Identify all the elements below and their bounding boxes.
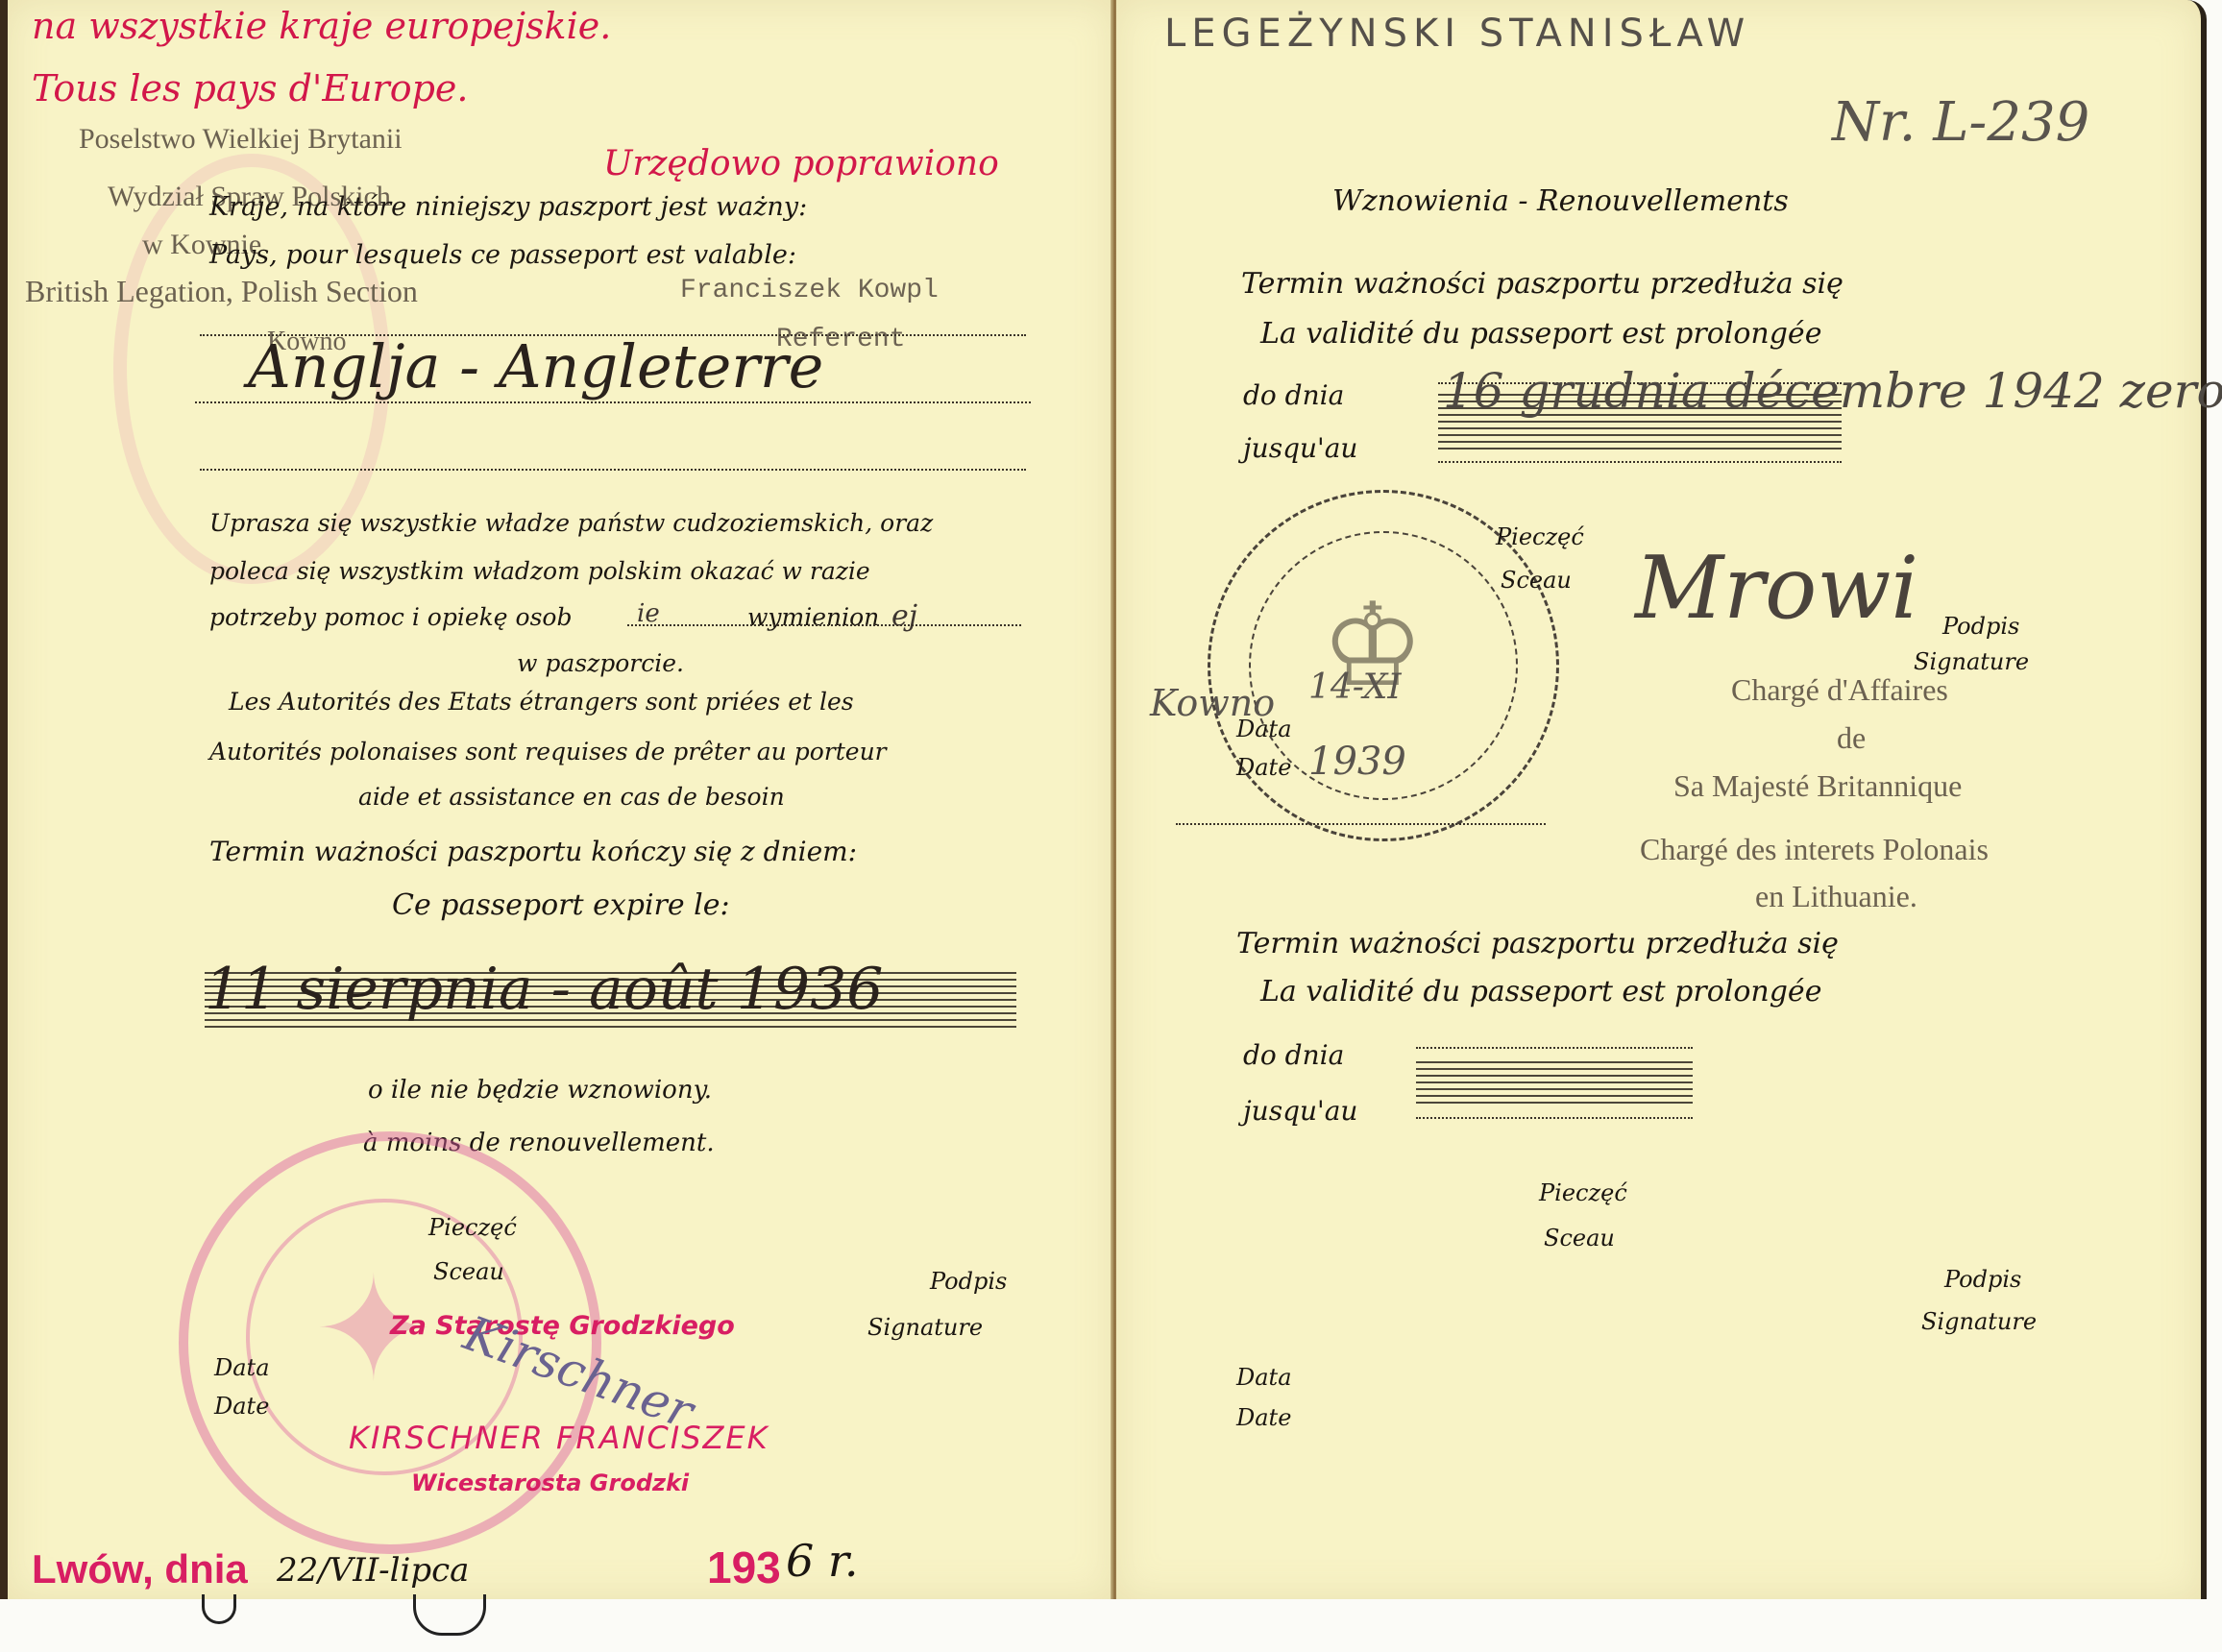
renewals-title: Wznowienia - Renouvellements xyxy=(1332,184,1789,218)
countries-line-mid xyxy=(195,401,1031,403)
countries-value: Anglja - Angleterre xyxy=(248,331,823,401)
place-date-year-suffix: 6 r. xyxy=(786,1535,858,1587)
renewal1-signature-pl: Podpis xyxy=(1942,613,2019,640)
renewal1-date-line xyxy=(1176,823,1546,825)
renewal1-label-fr: La validité du passeport est prolongée xyxy=(1260,317,1821,351)
request-pl-line2: poleca się wszystkim władzom polskim oka… xyxy=(209,557,870,585)
request-pl-line3b: wymienion xyxy=(747,603,879,631)
unless-renewed-pl: o ile nie będzie wznowiony. xyxy=(368,1076,712,1105)
renewal1-until-fr: jusqu'au xyxy=(1243,432,1357,464)
renewal2-signature-pl: Podpis xyxy=(1944,1266,2021,1293)
expiry-label-fr: Ce passeport expire le: xyxy=(392,888,730,922)
request-fr-line2: Autorités polonaises sont requises de pr… xyxy=(209,738,887,765)
binding-thread xyxy=(202,1594,236,1624)
renewal1-until-pl: do dnia xyxy=(1243,379,1344,411)
date-label-fr: Date xyxy=(214,1393,269,1420)
countries-line-bottom xyxy=(200,469,1026,471)
handwritten-correction-note: Urzędowo poprawiono xyxy=(603,144,999,183)
signature-label-fr: Signature xyxy=(867,1314,983,1341)
handwritten-note-fr: Tous les pays d'Europe. xyxy=(32,67,469,109)
legation-stamp-line1: Poselstwo Wielkiej Brytanii xyxy=(79,123,403,156)
handwritten-note-pl: na wszystkie kraje europejskie. xyxy=(32,5,611,47)
request-pl-line3: potrzeby pomoc i opiekę osob xyxy=(209,603,572,631)
official-stamp-line4: Chargé des interets Polonais xyxy=(1640,832,1989,867)
seal-label-pl: Pieczęć xyxy=(428,1214,517,1241)
renewal2-label-pl: Termin ważności paszportu przedłuża się xyxy=(1236,927,1839,960)
countries-label-pl: Kraje, na które niniejszy paszport jest … xyxy=(209,192,807,222)
renewal1-date-fr: Date xyxy=(1236,754,1291,781)
renewal2-date-pl: Data xyxy=(1236,1364,1292,1391)
countries-label-fr: Pays, pour lesquels ce passeport est val… xyxy=(209,240,796,270)
date-label-pl: Data xyxy=(214,1354,270,1381)
request-pl-line1: Upraszа się wszystkie władze państw cudz… xyxy=(209,509,933,537)
renewal1-value: 16 grudnia décembre 1942 zero xyxy=(1443,363,2222,419)
renewal2-field-hatching xyxy=(1416,1061,1693,1105)
official-stamp-line3: Sa Majesté Britannique xyxy=(1673,768,1962,804)
renewal2-line-top xyxy=(1416,1047,1693,1049)
renewal2-until-fr: jusqu'au xyxy=(1243,1095,1357,1127)
issuer-stamp-line3: Wicestarosta Grodzki xyxy=(411,1470,689,1496)
renewal1-date-pl: Data xyxy=(1236,716,1292,742)
request-fill-line xyxy=(627,624,1021,626)
renewal2-line-bottom xyxy=(1416,1117,1693,1119)
renewal1-official-signature: Mrowi xyxy=(1635,538,1918,639)
passport-number: Nr. L-239 xyxy=(1832,91,2089,154)
passport-page-right: LEGEŻYNSKI STANISŁAW Nr. L-239 Wznowieni… xyxy=(1116,0,2207,1599)
renewal2-label-fr: La validité du passeport est prolongée xyxy=(1260,975,1821,1008)
renewal1-seal-fr: Sceau xyxy=(1501,567,1572,594)
renewal2-seal-pl: Pieczęć xyxy=(1539,1179,1627,1206)
seal-label-fr: Sceau xyxy=(433,1258,504,1285)
renewal1-line-bottom xyxy=(1438,461,1842,463)
signature-label-pl: Podpis xyxy=(930,1268,1007,1295)
request-fill-2: ej xyxy=(891,599,917,633)
request-pl-line4: w paszporcie. xyxy=(517,649,684,677)
place-date-year-prefix: 193 xyxy=(707,1542,781,1593)
official-stamp-line5: en Lithuanie. xyxy=(1755,879,1917,914)
holder-name: LEGEŻYNSKI STANISŁAW xyxy=(1164,12,1750,56)
renewal1-date-year: 1939 xyxy=(1308,740,1406,784)
legation-signer: Franciszek Kowpl xyxy=(680,276,939,305)
renewal1-seal-pl: Pieczęć xyxy=(1496,523,1584,550)
place-date-handwritten: 22/VII-lipca xyxy=(277,1551,469,1590)
official-stamp-line1: Chargé d'Affaires xyxy=(1731,672,1948,708)
expiry-value: 11 sierpnia - août 1936 xyxy=(205,956,883,1023)
issuer-stamp-line2: KIRSCHNER FRANCISZEK xyxy=(349,1420,769,1456)
renewal1-date-day: 14-XI xyxy=(1308,668,1402,707)
expiry-label-pl: Termin ważności paszportu kończy się z d… xyxy=(209,836,857,867)
renewal1-signature-fr: Signature xyxy=(1914,648,2029,675)
renewal2-seal-fr: Sceau xyxy=(1544,1225,1615,1251)
binding-thread xyxy=(413,1594,486,1636)
renewal1-label-pl: Termin ważności paszportu przedłuża się xyxy=(1241,267,1844,301)
renewal2-date-fr: Date xyxy=(1236,1404,1291,1431)
passport-page-left: na wszystkie kraje europejskie. Tous les… xyxy=(0,0,1114,1599)
renewal2-signature-fr: Signature xyxy=(1921,1308,2037,1335)
place-date-stamp: Lwów, dnia xyxy=(32,1546,248,1592)
renewal2-until-pl: do dnia xyxy=(1243,1039,1344,1071)
request-fr-line1: Les Autorités des Etats étrangers sont p… xyxy=(229,688,854,716)
legation-stamp-line4: British Legation, Polish Section xyxy=(25,274,418,309)
official-stamp-line2: de xyxy=(1837,720,1866,756)
request-fr-line3: aide et assistance en cas de besoin xyxy=(358,783,785,811)
